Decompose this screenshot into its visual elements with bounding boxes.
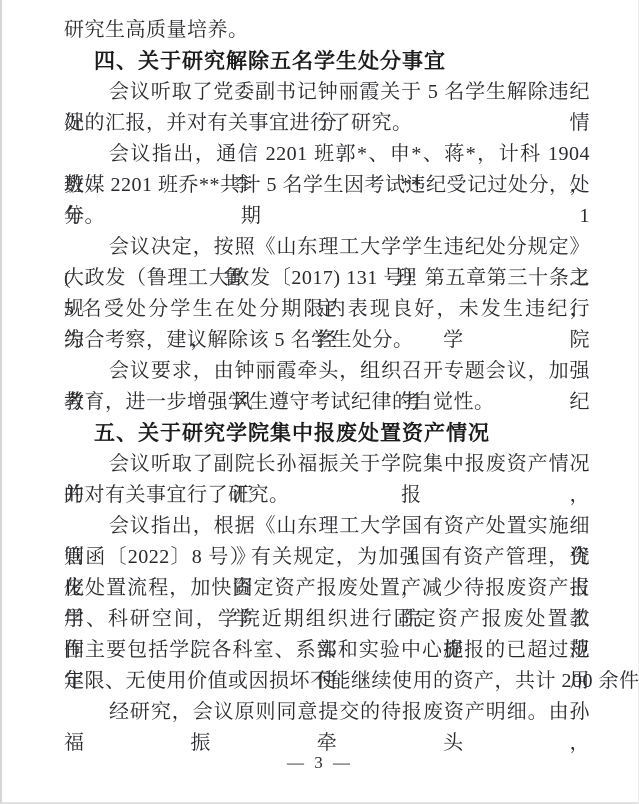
heading-line: 四、关于研究解除五名学生处分事宜 xyxy=(64,46,590,77)
page-number: — 3 — xyxy=(2,753,638,773)
heading-line: 五、关于研究学院集中报废处置资产情况 xyxy=(64,418,590,449)
body-line: 数媒 2201 班乔**共计 5 名学生因考试违纪受记过处分，处分期 1 xyxy=(64,170,590,201)
body-line: 管函〔2022〕8 号）有关规定，为加强国有资产管理，优化资产报 xyxy=(64,542,590,573)
paragraph: 会议指出，通信 2201 班郭*、申*、蒋*，计科 1904 班李**，数媒 2… xyxy=(64,139,590,232)
body-line: 学、科研空间，学院近期组织进行固定资产报废处置工作。实施范 xyxy=(64,604,590,635)
body-line: 废处置流程，加快固定资产报废处置，减少待报废资产占用学院教 xyxy=(64,573,590,604)
body-line: 大政发（鲁理工大政发〔2017) 131 号）第五章第三十条之规定， xyxy=(64,263,590,294)
body-line: 会议决定，按照《山东理工大学学生违纪处分规定》(鲁理工 xyxy=(64,232,590,263)
body-line: 年限、无使用价值或因损坏不能继续使用的资产，共计 200 余件。 xyxy=(64,666,590,697)
paragraph: 会议决定，按照《山东理工大学学生违纪处分规定》(鲁理工大政发（鲁理工大政发〔20… xyxy=(64,232,590,356)
paragraph: 经研究，会议原则同意提交的待报废资产明细。由孙福振牵头， xyxy=(64,697,590,728)
paragraph: 会议指出，根据《山东理工大学国有资产处置实施细则》（资管函〔2022〕8 号）有… xyxy=(64,511,590,697)
body-line: 会议指出，根据《山东理工大学国有资产处置实施细则》（资 xyxy=(64,511,590,542)
section-heading: 四、关于研究解除五名学生处分事宜 xyxy=(64,46,590,77)
document-body: 研究生高质量培养。四、关于研究解除五名学生处分事宜会议听取了党委副书记钟丽霞关于… xyxy=(2,0,638,728)
body-line: 会议听取了副院长孙福振关于学院集中报废资产情况的汇报， xyxy=(64,449,590,480)
paragraph: 会议听取了副院长孙福振关于学院集中报废资产情况的汇报，并对有关事宜行了研究。 xyxy=(64,449,590,511)
body-line: 会议要求，由钟丽霞牵头，组织召开专题会议，加强考风考纪 xyxy=(64,356,590,387)
document-page: 研究生高质量培养。四、关于研究解除五名学生处分事宜会议听取了党委副书记钟丽霞关于… xyxy=(0,0,639,804)
body-line: 研究生高质量培养。 xyxy=(64,15,590,46)
body-line: 5 名受处分学生在处分期限内表现良好，未发生违纪行为，经学院 xyxy=(64,294,590,325)
section-heading: 五、关于研究学院集中报废处置资产情况 xyxy=(64,418,590,449)
paragraph: 会议听取了党委副书记钟丽霞关于 5 名学生解除违纪处分情况的汇报，并对有关事宜进… xyxy=(64,77,590,139)
body-line: 围主要包括学院各科室、系部和实验中心提报的已超过规定使用 xyxy=(64,635,590,666)
paragraph: 研究生高质量培养。 xyxy=(64,15,590,46)
body-line: 会议听取了党委副书记钟丽霞关于 5 名学生解除违纪处分情 xyxy=(64,77,590,108)
body-line: 经研究，会议原则同意提交的待报废资产明细。由孙福振牵头， xyxy=(64,697,590,728)
paragraph: 会议要求，由钟丽霞牵头，组织召开专题会议，加强考风考纪教育，进一步增强学生遵守考… xyxy=(64,356,590,418)
body-line: 会议指出，通信 2201 班郭*、申*、蒋*，计科 1904 班李**， xyxy=(64,139,590,170)
